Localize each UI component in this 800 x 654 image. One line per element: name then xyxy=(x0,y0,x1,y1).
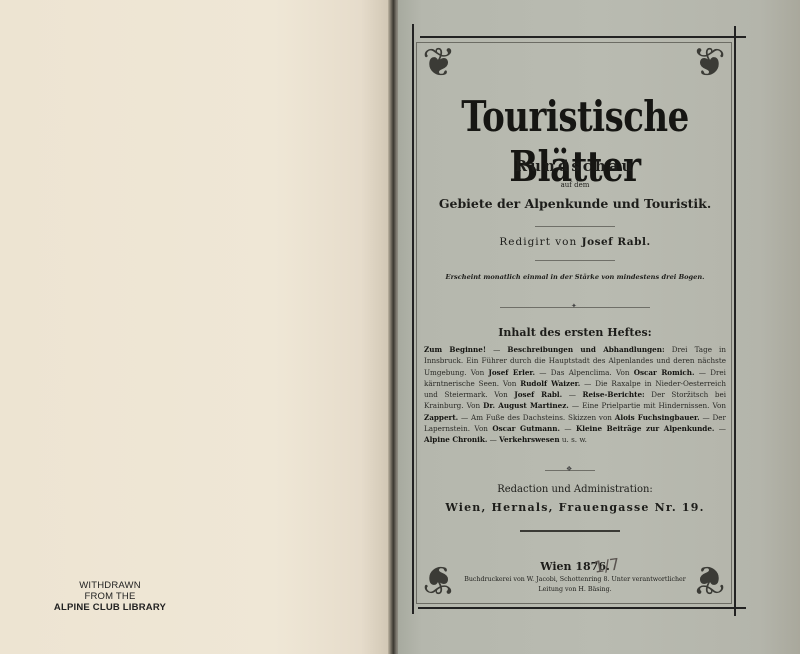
corner-flourish-icon: ❦ xyxy=(686,40,732,86)
toc-bold-entry: Kleine Beiträge zur Alpenkunde. xyxy=(576,424,714,433)
toc-bold-entry: Oscar Romich. xyxy=(634,368,695,377)
toc-bold-entry: Alpine Chronik. xyxy=(424,435,487,444)
toc-bold-entry: Reise-Berichte: xyxy=(583,390,645,399)
journal-field: Gebiete der Alpenkunde und Touristik. xyxy=(420,196,730,211)
toc-heading: Inhalt des ersten Heftes: xyxy=(420,326,730,339)
stamp-line-1: WITHDRAWN xyxy=(40,580,180,591)
divider-rule xyxy=(535,226,615,227)
left-page-blank xyxy=(0,0,392,654)
toc-bold-entry: Josef Erler. xyxy=(488,368,535,377)
toc-bold-entry: Verkehrswesen xyxy=(499,435,560,444)
corner-flourish-icon: ❦ xyxy=(416,40,462,86)
toc-text: — xyxy=(714,424,726,433)
toc-bold-entry: Oscar Gutmann. xyxy=(492,424,560,433)
handwritten-annotation: 1/7 xyxy=(593,554,621,576)
frame-rule-bottom xyxy=(418,607,746,609)
editor-name: Josef Rabl. xyxy=(582,236,651,248)
editor-line: Redigirt von Josef Rabl. xyxy=(420,236,730,248)
toc-text: — Das Alpenclima. Von xyxy=(535,368,634,377)
frame-rule-top xyxy=(420,36,746,38)
divider-rule xyxy=(535,260,615,261)
toc-text: — Am Fuße des Dachsteins. Skizzen von xyxy=(458,413,615,422)
printer-line-2: Leitung von H. Bäsing. xyxy=(420,585,730,595)
toc-bold-entry: Beschreibungen und Abhandlungen: xyxy=(507,345,664,354)
table-of-contents: Zum Beginne! — Beschreibungen und Abhand… xyxy=(424,344,726,446)
divider-ornament-icon: ✦ xyxy=(571,302,577,310)
toc-text: — xyxy=(562,390,582,399)
toc-bold-entry: Josef Rabl. xyxy=(514,390,562,399)
divider-ornament-icon: ❖ xyxy=(566,465,572,473)
stamp-line-3: ALPINE CLUB LIBRARY xyxy=(40,602,180,613)
toc-bold-entry: Dr. August Martinez. xyxy=(483,401,569,410)
toc-text: — xyxy=(560,424,576,433)
toc-text: — Eine Prielpartie mit Hindernissen. Von xyxy=(569,401,726,410)
editor-prefix: Redigirt von xyxy=(499,236,577,248)
connector-text: auf dem xyxy=(420,181,730,189)
publication-frequency: Erscheint monatlich einmal in der Stärke… xyxy=(420,273,730,281)
frame-rule-left xyxy=(412,24,414,614)
journal-subtitle: Rundschau xyxy=(420,157,730,175)
toc-text: — xyxy=(487,435,499,444)
library-stamp: WITHDRAWN FROM THE ALPINE CLUB LIBRARY xyxy=(40,580,180,613)
toc-bold-entry: Zum Beginne! xyxy=(424,345,486,354)
toc-bold-entry: Alois Fuchsingbauer. xyxy=(615,413,700,422)
toc-text: — xyxy=(486,345,507,354)
divider-rule xyxy=(520,530,620,532)
place-and-year: Wien 1876. xyxy=(420,560,730,573)
frame-rule-right xyxy=(734,26,736,616)
redaction-label: Redaction und Administration: xyxy=(420,484,730,495)
toc-text: u. s. w. xyxy=(560,435,587,444)
toc-bold-entry: Zappert. xyxy=(424,413,458,422)
stamp-line-2: FROM THE xyxy=(40,591,180,602)
journal-title: Touristische Blätter xyxy=(420,92,730,192)
redaction-address: Wien, Hernals, Frauengasse Nr. 19. xyxy=(420,501,730,514)
printer-imprint: Buchdruckerei von W. Jacobi, Schottenrin… xyxy=(420,575,730,594)
printer-line-1: Buchdruckerei von W. Jacobi, Schottenrin… xyxy=(420,575,730,585)
toc-bold-entry: Rudolf Waizer. xyxy=(520,379,580,388)
